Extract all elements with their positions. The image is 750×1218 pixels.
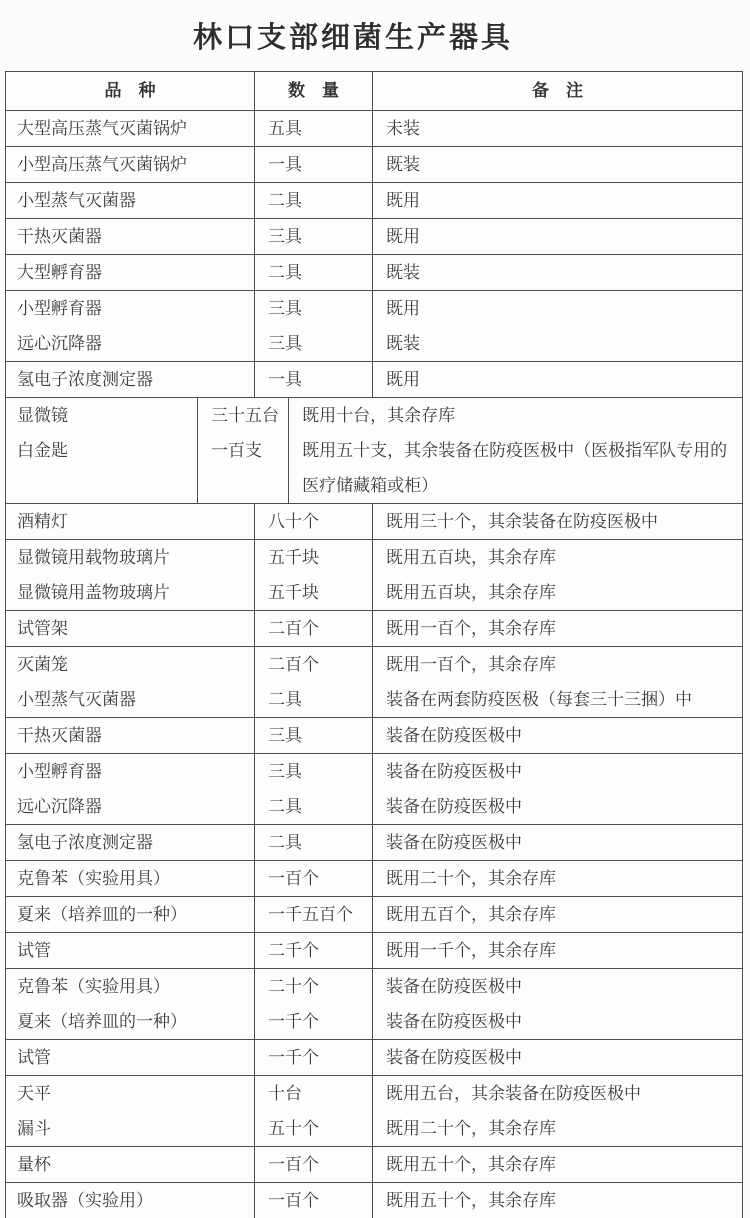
header-cell-item: 品 种 — [6, 72, 255, 110]
note-cell: 既用五百块，其余存库 — [373, 575, 742, 610]
quantity-cell: 三具 — [255, 754, 372, 789]
remarks-column: 既用十台，其余存库既用五十支，其余装备在防疫医极中（医极指军队专用的医疗储藏箱或… — [289, 398, 742, 503]
table-row-group: 试管二千个既用一千个，其余存库 — [6, 933, 742, 969]
quantity-column: 三具三具 — [255, 291, 373, 361]
remarks-column: 装备在防疫医极中装备在防疫医极中 — [373, 969, 742, 1039]
item-cell: 白金匙 — [6, 433, 197, 468]
quantity-cell: 二具 — [255, 183, 372, 218]
header-cell-remarks: 备 注 — [373, 72, 742, 110]
note-cell: 既用一百个，其余存库 — [373, 647, 742, 682]
quantity-cell: 二具 — [255, 682, 372, 717]
quantity-column: 二具 — [255, 183, 373, 218]
quantity-cell: 二百个 — [255, 647, 372, 682]
item-cell: 夏来（培养皿的一种） — [6, 1004, 254, 1039]
item-column: 显微镜用载物玻璃片显微镜用盖物玻璃片 — [6, 540, 255, 610]
item-column: 克鲁苯（实验用具）夏来（培养皿的一种） — [6, 969, 255, 1039]
item-cell: 远心沉降器 — [6, 326, 254, 361]
quantity-column: 一具 — [255, 147, 373, 182]
quantity-cell: 二十个 — [255, 969, 372, 1004]
item-column: 吸取器（实验用） — [6, 1183, 255, 1218]
quantity-cell: 八十个 — [255, 504, 372, 539]
item-cell: 灭菌笼 — [6, 647, 254, 682]
note-cell: 装备在两套防疫医极（每套三十三捆）中 — [373, 682, 742, 717]
note-cell: 既用五百块，其余存库 — [373, 540, 742, 575]
quantity-cell: 五具 — [255, 111, 372, 146]
note-cell: 未装 — [373, 111, 742, 146]
remarks-column: 既用三十个，其余装备在防疫医极中 — [373, 504, 742, 539]
quantity-cell: 一百个 — [255, 861, 372, 896]
header-cell-quantity: 数 量 — [255, 72, 373, 110]
item-cell: 试管 — [6, 933, 254, 968]
item-column: 大型孵育器 — [6, 255, 255, 290]
item-column: 酒精灯 — [6, 504, 255, 539]
quantity-column: 三十五台一百支 — [198, 398, 289, 503]
table-row-group: 酒精灯八十个既用三十个，其余装备在防疫医极中 — [6, 504, 742, 540]
remarks-column: 既用一百个，其余存库装备在两套防疫医极（每套三十三捆）中 — [373, 647, 742, 717]
item-column: 试管 — [6, 1040, 255, 1075]
item-cell: 试管架 — [6, 611, 254, 646]
quantity-column: 二具 — [255, 255, 373, 290]
note-cell: 装备在防疫医极中 — [373, 1004, 742, 1039]
table-row-group: 试管一千个装备在防疫医极中 — [6, 1040, 742, 1076]
item-column: 试管 — [6, 933, 255, 968]
quantity-column: 三具 — [255, 219, 373, 254]
quantity-column: 五千块五千块 — [255, 540, 373, 610]
table-row-group: 小型孵育器远心沉降器三具三具既用既装 — [6, 291, 742, 362]
quantity-cell: 五十个 — [255, 1111, 372, 1146]
note-cell: 既用五百个，其余存库 — [373, 897, 742, 932]
note-cell: 既装 — [373, 255, 742, 290]
title-bar: 林口支部细菌生产器具 — [0, 0, 750, 71]
quantity-column: 一百个 — [255, 861, 373, 896]
item-cell: 克鲁苯（实验用具） — [6, 861, 254, 896]
item-cell: 夏来（培养皿的一种） — [6, 897, 254, 932]
page-title: 林口支部细菌生产器具 — [193, 15, 513, 56]
item-cell: 酒精灯 — [6, 504, 254, 539]
remarks-column: 装备在防疫医极中装备在防疫医极中 — [373, 754, 742, 824]
quantity-cell: 三具 — [255, 291, 372, 326]
remarks-column: 装备在防疫医极中 — [373, 1040, 742, 1075]
quantity-cell: 十台 — [255, 1076, 372, 1111]
quantity-cell: 三具 — [255, 326, 372, 361]
item-cell: 小型蒸气灭菌器 — [6, 183, 254, 218]
quantity-column: 一千五百个 — [255, 897, 373, 932]
item-cell: 天平 — [6, 1076, 254, 1111]
quantity-cell: 二千个 — [255, 933, 372, 968]
note-cell: 既用 — [373, 183, 742, 218]
quantity-cell: 一千个 — [255, 1004, 372, 1039]
remarks-column: 既用五台，其余装备在防疫医极中既用二十个，其余存库 — [373, 1076, 742, 1146]
note-cell: 装备在防疫医极中 — [373, 1040, 742, 1075]
item-column: 显微镜白金匙 — [6, 398, 198, 503]
quantity-cell: 五千块 — [255, 540, 372, 575]
note-cell: 既用 — [373, 362, 742, 397]
item-cell: 显微镜用盖物玻璃片 — [6, 575, 254, 610]
quantity-cell: 一具 — [255, 147, 372, 182]
table-header-row: 品 种 数 量 备 注 — [6, 72, 742, 111]
note-cell: 装备在防疫医极中 — [373, 718, 742, 753]
item-column: 氢电子浓度测定器 — [6, 362, 255, 397]
remarks-column: 既装 — [373, 147, 742, 182]
remarks-column: 既用五百块，其余存库既用五百块，其余存库 — [373, 540, 742, 610]
table-row-group: 克鲁苯（实验用具）夏来（培养皿的一种）二十个一千个装备在防疫医极中装备在防疫医极… — [6, 969, 742, 1040]
equipment-table: 品 种 数 量 备 注 大型高压蒸气灭菌锅炉五具未装小型高压蒸气灭菌锅炉一具既装… — [5, 71, 743, 1218]
quantity-column: 一具 — [255, 362, 373, 397]
table-row-group: 小型孵育器远心沉降器三具二具装备在防疫医极中装备在防疫医极中 — [6, 754, 742, 825]
note-cell: 既用五十个，其余存库 — [373, 1147, 742, 1182]
note-cell: 既用五台，其余装备在防疫医极中 — [373, 1076, 742, 1111]
quantity-column: 二十个一千个 — [255, 969, 373, 1039]
table-row-group: 吸取器（实验用）一百个既用五十个，其余存库 — [6, 1183, 742, 1218]
note-cell: 既装 — [373, 147, 742, 182]
quantity-column: 二千个 — [255, 933, 373, 968]
quantity-cell: 一百个 — [255, 1147, 372, 1182]
table-row-group: 小型高压蒸气灭菌锅炉一具既装 — [6, 147, 742, 183]
quantity-cell: 二具 — [255, 825, 372, 860]
table-row-group: 小型蒸气灭菌器二具既用 — [6, 183, 742, 219]
note-cell: 装备在防疫医极中 — [373, 969, 742, 1004]
table-row-group: 大型高压蒸气灭菌锅炉五具未装 — [6, 111, 742, 147]
table-row-group: 干热灭菌器三具既用 — [6, 219, 742, 255]
note-cell: 既用一千个，其余存库 — [373, 933, 742, 968]
table-row-group: 显微镜用载物玻璃片显微镜用盖物玻璃片五千块五千块既用五百块，其余存库既用五百块，… — [6, 540, 742, 611]
remarks-column: 既用一千个，其余存库 — [373, 933, 742, 968]
table-row-group: 灭菌笼小型蒸气灭菌器二百个二具既用一百个，其余存库装备在两套防疫医极（每套三十三… — [6, 647, 742, 718]
item-cell: 小型蒸气灭菌器 — [6, 682, 254, 717]
item-cell: 远心沉降器 — [6, 789, 254, 824]
table-row-group: 显微镜白金匙三十五台一百支既用十台，其余存库既用五十支，其余装备在防疫医极中（医… — [6, 398, 742, 504]
item-cell: 吸取器（实验用） — [6, 1183, 254, 1218]
item-cell: 显微镜 — [6, 398, 197, 433]
table-body: 大型高压蒸气灭菌锅炉五具未装小型高压蒸气灭菌锅炉一具既装小型蒸气灭菌器二具既用干… — [6, 111, 742, 1218]
item-column: 天平漏斗 — [6, 1076, 255, 1146]
item-cell: 小型高压蒸气灭菌锅炉 — [6, 147, 254, 182]
quantity-column: 二百个 — [255, 611, 373, 646]
note-cell: 既用 — [373, 219, 742, 254]
remarks-column: 既用五十个，其余存库 — [373, 1147, 742, 1182]
item-cell: 氢电子浓度测定器 — [6, 825, 254, 860]
table-row-group: 克鲁苯（实验用具）一百个既用二十个，其余存库 — [6, 861, 742, 897]
item-column: 小型高压蒸气灭菌锅炉 — [6, 147, 255, 182]
remarks-column: 未装 — [373, 111, 742, 146]
item-cell: 显微镜用载物玻璃片 — [6, 540, 254, 575]
table-row-group: 量杯一百个既用五十个，其余存库 — [6, 1147, 742, 1183]
table-row-group: 试管架二百个既用一百个，其余存库 — [6, 611, 742, 647]
note-cell: 既用三十个，其余装备在防疫医极中 — [373, 504, 742, 539]
item-cell: 克鲁苯（实验用具） — [6, 969, 254, 1004]
quantity-cell: 一千个 — [255, 1040, 372, 1075]
quantity-cell: 二百个 — [255, 611, 372, 646]
remarks-column: 既用 — [373, 219, 742, 254]
quantity-column: 一百个 — [255, 1183, 373, 1218]
quantity-column: 五具 — [255, 111, 373, 146]
item-column: 小型蒸气灭菌器 — [6, 183, 255, 218]
item-column: 小型孵育器远心沉降器 — [6, 291, 255, 361]
quantity-column: 一百个 — [255, 1147, 373, 1182]
note-cell: 既用一百个，其余存库 — [373, 611, 742, 646]
remarks-column: 既用五百个，其余存库 — [373, 897, 742, 932]
remarks-column: 既用 — [373, 183, 742, 218]
remarks-column: 既用 — [373, 362, 742, 397]
note-cell: 装备在防疫医极中 — [373, 754, 742, 789]
item-column: 灭菌笼小型蒸气灭菌器 — [6, 647, 255, 717]
quantity-cell: 一具 — [255, 362, 372, 397]
item-column: 氢电子浓度测定器 — [6, 825, 255, 860]
quantity-column: 二具 — [255, 825, 373, 860]
table-row-group: 氢电子浓度测定器一具既用 — [6, 362, 742, 398]
note-cell: 装备在防疫医极中 — [373, 789, 742, 824]
item-cell: 干热灭菌器 — [6, 718, 254, 753]
remarks-column: 既装 — [373, 255, 742, 290]
remarks-column: 既用五十个，其余存库 — [373, 1183, 742, 1218]
item-column: 干热灭菌器 — [6, 718, 255, 753]
item-column: 量杯 — [6, 1147, 255, 1182]
quantity-cell: 五千块 — [255, 575, 372, 610]
note-cell: 既装 — [373, 326, 742, 361]
item-cell: 小型孵育器 — [6, 754, 254, 789]
quantity-cell: 三具 — [255, 219, 372, 254]
note-cell: 既用五十个，其余存库 — [373, 1183, 742, 1218]
quantity-column: 二百个二具 — [255, 647, 373, 717]
item-cell: 干热灭菌器 — [6, 219, 254, 254]
item-cell: 量杯 — [6, 1147, 254, 1182]
note-cell: 既用二十个，其余存库 — [373, 1111, 742, 1146]
item-column: 夏来（培养皿的一种） — [6, 897, 255, 932]
item-column: 试管架 — [6, 611, 255, 646]
note-cell: 既用五十支，其余装备在防疫医极中（医极指军队专用的医疗储藏箱或柜） — [289, 433, 742, 503]
item-cell: 大型孵育器 — [6, 255, 254, 290]
table-row-group: 夏来（培养皿的一种）一千五百个既用五百个，其余存库 — [6, 897, 742, 933]
item-cell: 漏斗 — [6, 1111, 254, 1146]
quantity-column: 一千个 — [255, 1040, 373, 1075]
table-row-group: 干热灭菌器三具装备在防疫医极中 — [6, 718, 742, 754]
item-column: 克鲁苯（实验用具） — [6, 861, 255, 896]
quantity-cell: 二具 — [255, 255, 372, 290]
quantity-cell: 三具 — [255, 718, 372, 753]
item-cell: 小型孵育器 — [6, 291, 254, 326]
remarks-column: 装备在防疫医极中 — [373, 825, 742, 860]
item-column: 小型孵育器远心沉降器 — [6, 754, 255, 824]
quantity-column: 三具二具 — [255, 754, 373, 824]
note-cell: 装备在防疫医极中 — [373, 825, 742, 860]
note-cell: 既用二十个，其余存库 — [373, 861, 742, 896]
quantity-cell: 一百支 — [198, 433, 288, 468]
quantity-column: 十台五十个 — [255, 1076, 373, 1146]
item-column: 大型高压蒸气灭菌锅炉 — [6, 111, 255, 146]
remarks-column: 既用一百个，其余存库 — [373, 611, 742, 646]
note-cell: 既用十台，其余存库 — [289, 398, 742, 433]
note-cell: 既用 — [373, 291, 742, 326]
quantity-cell: 一百个 — [255, 1183, 372, 1218]
quantity-cell: 二具 — [255, 789, 372, 824]
quantity-cell: 一千五百个 — [255, 897, 372, 932]
item-cell: 试管 — [6, 1040, 254, 1075]
remarks-column: 装备在防疫医极中 — [373, 718, 742, 753]
table-row-group: 大型孵育器二具既装 — [6, 255, 742, 291]
quantity-column: 八十个 — [255, 504, 373, 539]
quantity-column: 三具 — [255, 718, 373, 753]
item-column: 干热灭菌器 — [6, 219, 255, 254]
remarks-column: 既用二十个，其余存库 — [373, 861, 742, 896]
table-row-group: 氢电子浓度测定器二具装备在防疫医极中 — [6, 825, 742, 861]
table-row-group: 天平漏斗十台五十个既用五台，其余装备在防疫医极中既用二十个，其余存库 — [6, 1076, 742, 1147]
item-cell: 氢电子浓度测定器 — [6, 362, 254, 397]
quantity-cell: 三十五台 — [198, 398, 288, 433]
remarks-column: 既用既装 — [373, 291, 742, 361]
item-cell: 大型高压蒸气灭菌锅炉 — [6, 111, 254, 146]
